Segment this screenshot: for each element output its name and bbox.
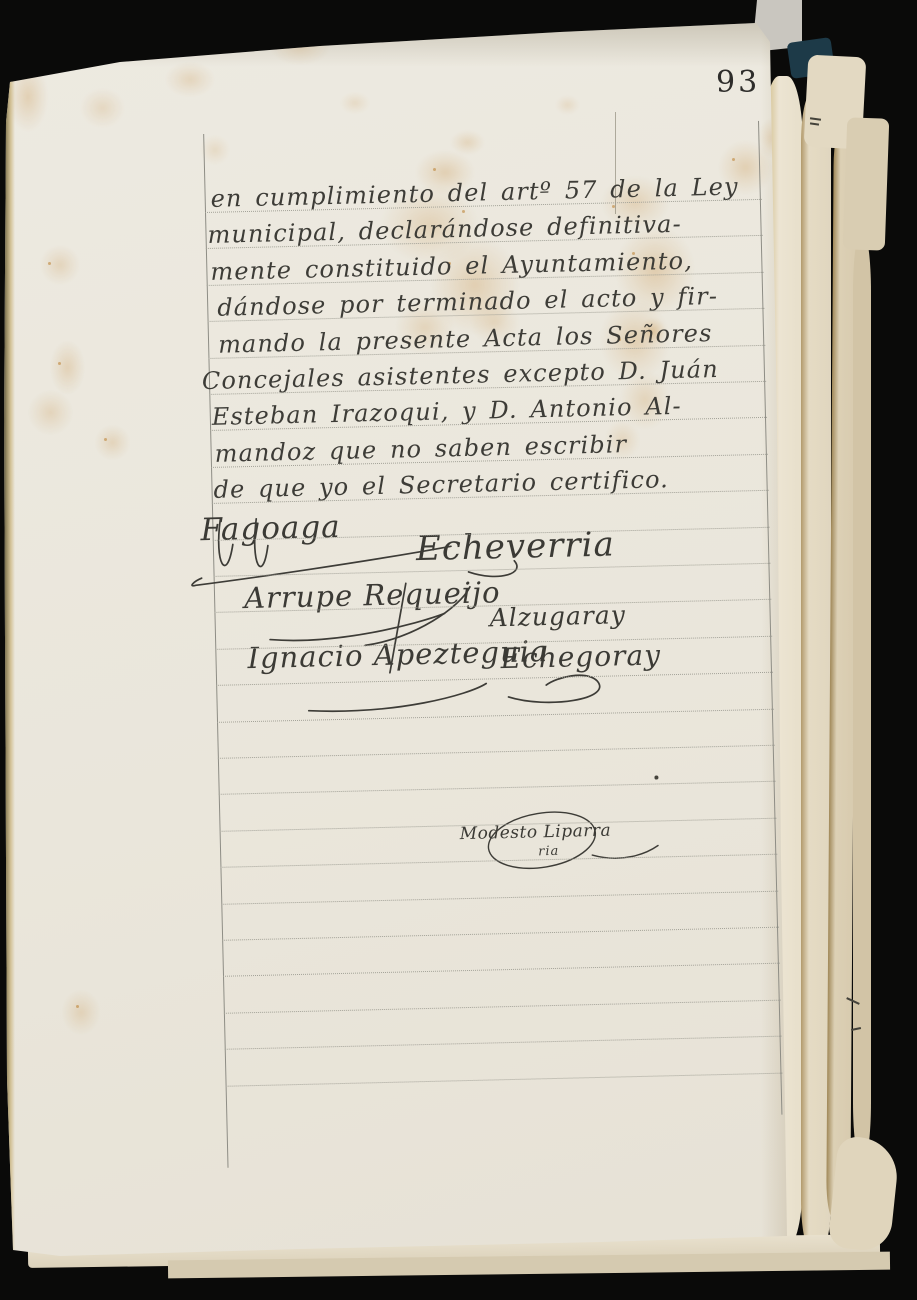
stain-speck <box>433 168 436 171</box>
ruled-line <box>222 927 779 941</box>
stain <box>555 95 580 115</box>
stain <box>62 990 100 1035</box>
stain-speck <box>288 42 291 45</box>
stain-speck <box>104 438 107 441</box>
stain <box>340 92 370 114</box>
manuscript-line: en cumplimiento del artº 57 de la Ley <box>210 173 739 213</box>
manuscript-line: Concejales asistentes excepto D. Juán <box>202 356 719 396</box>
stain <box>40 245 80 285</box>
stain-speck <box>732 158 735 161</box>
ruled-line <box>219 781 776 795</box>
ruled-line <box>220 854 777 868</box>
stain <box>8 62 48 132</box>
page-number: 93 <box>716 68 760 98</box>
signature-echegoray: Echegoray <box>500 638 661 675</box>
stain-speck <box>48 262 51 265</box>
signature-secretario-rubric: ria <box>538 844 559 859</box>
stain <box>165 62 215 97</box>
stain-speck <box>58 362 61 365</box>
stain <box>50 340 85 395</box>
stain <box>80 88 125 128</box>
manuscript-line: mandoz que no saben escribir <box>214 431 627 468</box>
page-top-shadow <box>0 18 780 88</box>
ruled-line <box>221 890 778 904</box>
manuscript-line: mente constituido el Ayuntamiento, <box>210 248 693 287</box>
page-edge <box>827 1135 900 1253</box>
ruled-line <box>225 1036 782 1050</box>
scanned-book-photo: 93 en cumplimiento del artº 57 de la Ley… <box>0 0 917 1300</box>
ruled-line <box>226 1072 783 1086</box>
page-edge <box>853 232 871 1162</box>
manuscript-line: dándose por terminado el acto y fir- <box>217 283 718 322</box>
ruled-line <box>217 708 774 722</box>
ruled-line <box>218 745 775 759</box>
ruled-line <box>224 999 781 1013</box>
binding-gutter <box>3 58 15 1256</box>
manuscript-line: de que yo el Secretario certifico. <box>213 466 669 504</box>
stain <box>270 30 330 65</box>
ruled-lines: en cumplimiento del artº 57 de la Ley mu… <box>205 199 784 1172</box>
stain <box>28 390 73 435</box>
ink-dot <box>654 775 658 779</box>
ruled-line <box>216 672 773 686</box>
stain <box>450 130 485 155</box>
page-edge <box>843 117 890 250</box>
ruled-line <box>223 963 780 977</box>
signature-fagoaga: Fagoaga <box>200 509 341 548</box>
stain-speck <box>76 1005 79 1008</box>
stain <box>95 425 130 460</box>
manuscript-line: mando la presente Acta los Señores <box>218 320 713 359</box>
